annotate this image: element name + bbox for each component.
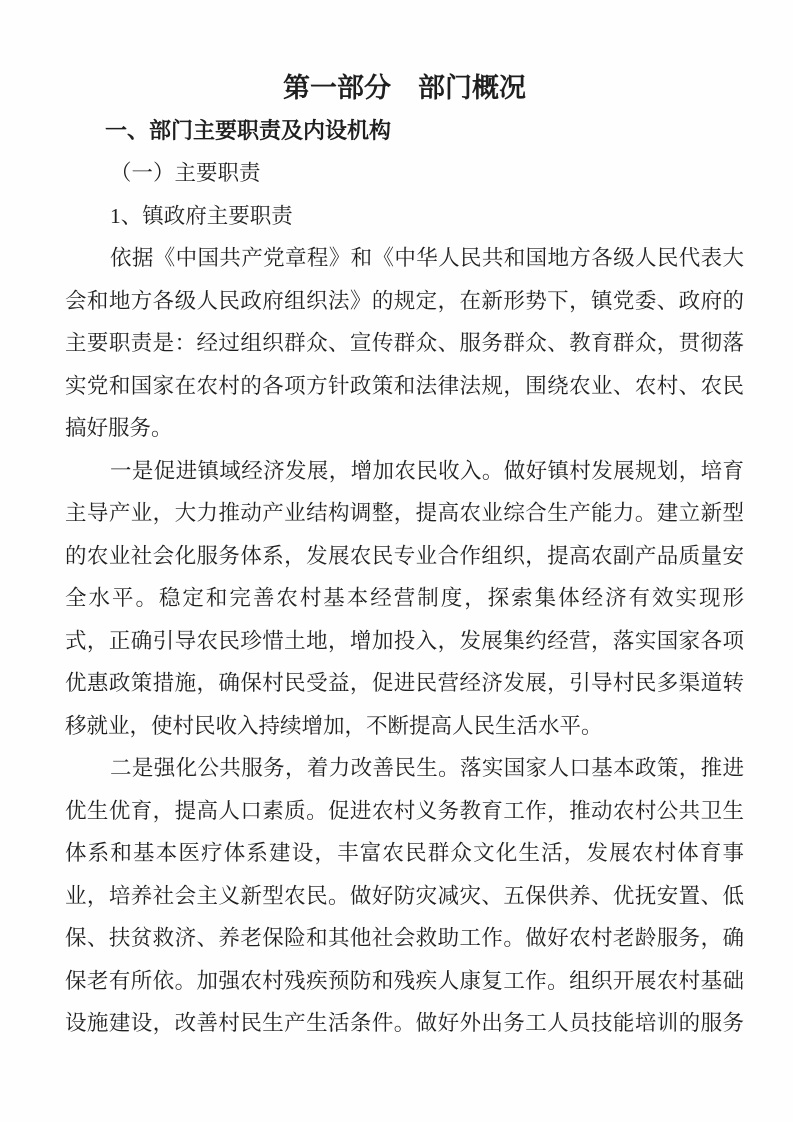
- body-line: 搞好服务。: [65, 407, 744, 450]
- page-content: 第一部分 部门概况 一、部门主要职责及内设机构 （一）主要职责 1、镇政府主要职…: [65, 67, 744, 1045]
- body-line: 保、扶贫救济、养老保险和其他社会救助工作。做好农村老龄服务，确: [65, 917, 744, 960]
- document-page: 第一部分 部门概况 一、部门主要职责及内设机构 （一）主要职责 1、镇政府主要职…: [0, 0, 793, 1122]
- body-line: 式，正确引导农民珍惜土地，增加投入，发展集约经营，落实国家各项: [65, 620, 744, 663]
- body-line: 的农业社会化服务体系，发展农民专业合作组织，提高农副产品质量安: [65, 535, 744, 578]
- body-line: 实党和国家在农村的各项方针政策和法律法规，围绕农业、农村、农民: [65, 365, 744, 408]
- body-line: 二是强化公共服务，着力改善民生。落实国家人口基本政策，推进: [65, 747, 744, 790]
- body-line: 保老有所依。加强农村残疾预防和残疾人康复工作。组织开展农村基础: [65, 960, 744, 1003]
- page-title: 第一部分 部门概况: [65, 67, 744, 110]
- body-line: 优惠政策措施，确保村民受益，促进民营经济发展，引导村民多渠道转: [65, 662, 744, 705]
- body-line: 主导产业，大力推动产业结构调整，提高农业综合生产能力。建立新型: [65, 492, 744, 535]
- body-line: 业，培养社会主义新型农民。做好防灾减灾、五保供养、优抚安置、低: [65, 875, 744, 918]
- body-line: 移就业，使村民收入持续增加，不断提高人民生活水平。: [65, 705, 744, 748]
- body-line: 一是促进镇域经济发展，增加农民收入。做好镇村发展规划，培育: [65, 450, 744, 493]
- section-heading: 一、部门主要职责及内设机构: [65, 110, 744, 153]
- body-line: 全水平。稳定和完善农村基本经营制度，探索集体经济有效实现形: [65, 577, 744, 620]
- body-line: 主要职责是：经过组织群众、宣传群众、服务群众、教育群众，贯彻落: [65, 322, 744, 365]
- body-line: 会和地方各级人民政府组织法》的规定，在新形势下，镇党委、政府的: [65, 280, 744, 323]
- body-line: 体系和基本医疗体系建设，丰富农民群众文化生活，发展农村体育事: [65, 832, 744, 875]
- subsection-heading: （一）主要职责: [65, 152, 744, 195]
- subsubsection-heading: 1、镇政府主要职责: [65, 195, 744, 238]
- body-line: 设施建设，改善村民生产生活条件。做好外出务工人员技能培训的服务: [65, 1002, 744, 1045]
- body-line: 优生优育，提高人口素质。促进农村义务教育工作，推动农村公共卫生: [65, 790, 744, 833]
- body-line: 依据《中国共产党章程》和《中华人民共和国地方各级人民代表大: [65, 237, 744, 280]
